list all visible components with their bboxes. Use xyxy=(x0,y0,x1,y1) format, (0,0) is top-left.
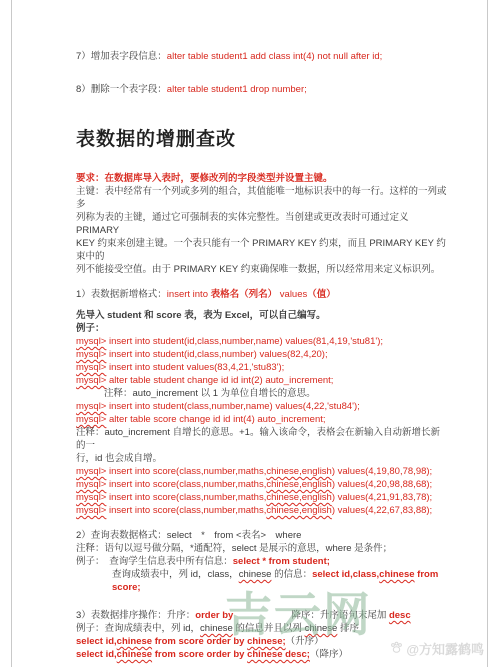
asc-code-chinese-1: chinese xyxy=(117,636,152,647)
section2-example-1: 例子： 查询学生信息表中所有信息：select * from student; xyxy=(76,555,449,568)
mysql-prompt: mysql> xyxy=(76,349,106,360)
score-insert-values-1: ) values(4,19,80,78,98); xyxy=(332,466,432,477)
section3-title-mid: 降序：升序语句末尾加 xyxy=(291,610,389,621)
mysql-command-line: mysql> insert into score(class,number,ma… xyxy=(76,465,449,478)
note-a-line: 注释：auto_increment 以 1 为单位自增长的意思。 xyxy=(76,387,449,400)
section1-value-placeholder: （值） xyxy=(307,289,336,300)
note-b-line-2: 行，id 也会成自增。 xyxy=(76,452,449,465)
section3-title-label: 3）表数据排序操作：升序： xyxy=(76,610,195,621)
item-8-code: alter table student1 drop number; xyxy=(167,84,307,95)
section3-keyword-orderby: order by xyxy=(195,610,233,621)
asc-code-pre: select id, xyxy=(76,636,117,647)
mysql-prompt: mysql> xyxy=(76,505,106,516)
mysql-prompt: mysql> xyxy=(76,336,106,347)
desc-code-chinese-2: chinese desc; xyxy=(247,649,310,660)
mysql-command-1: insert into student(id,class,number,name… xyxy=(106,336,383,347)
mysql-command-line: mysql> insert into student(id,class,numb… xyxy=(76,335,449,348)
desc-note: （降序） xyxy=(310,649,348,660)
asc-code-mid: from score order by xyxy=(152,636,247,647)
screenshot-canvas: 7）增加表字段信息：alter table student1 add class… xyxy=(0,0,500,667)
score-insert-pre: insert into score(class,number,maths, xyxy=(106,505,266,516)
mysql-command-line: mysql> insert into student(class,number,… xyxy=(76,400,449,413)
mysql-command-line: mysql> insert into student values(83,4,2… xyxy=(76,361,449,374)
section1-table-placeholder: 表格名（列名） xyxy=(211,289,278,300)
section2-example-2-label-pre: 查询成绩表中，列 id，class， xyxy=(112,569,239,580)
pk-paragraph-line-1: 主键：表中经常有一个列或多列的组合，其值能唯一地标识表中的每一行。这样的一列或多 xyxy=(76,185,449,211)
section3-example-chinese-2: chinese xyxy=(305,623,338,634)
section2-title-label: 2）查询表数据格式： xyxy=(76,530,167,541)
item-8-line: 8）删除一个表字段：alter table student1 drop numb… xyxy=(76,83,449,96)
section3-desc-query: select id,chinese from score order by ch… xyxy=(76,648,449,661)
section2-title: 2）查询表数据格式：select * from <表名> where xyxy=(76,529,449,542)
score-insert-pre: insert into score(class,number,maths, xyxy=(106,492,266,503)
item-7-line: 7）增加表字段信息：alter table student1 add class… xyxy=(76,50,449,63)
section2-note: 注释：语句以逗号做分隔，*通配符，select 是展示的意思，where 是条件… xyxy=(76,542,449,555)
hint-line: 要求：在数据库导入表时，要修改列的字段类型并设置主键。 xyxy=(76,172,449,185)
section3-example-chinese-1: chinese xyxy=(200,623,233,634)
pk-paragraph-line-4: 列不能接受空值。由于 PRIMARY KEY 约束确保唯一数据，所以经常用来定义… xyxy=(76,263,449,276)
section2-example-2-label-chinese: chinese xyxy=(239,569,272,580)
score-insert-columns: chinese,english xyxy=(266,492,332,503)
mysql-prompt: mysql> xyxy=(76,479,106,490)
page-title: 表数据的增删查改 xyxy=(76,128,449,152)
section2-example-2-label-post: 的信息： xyxy=(271,569,312,580)
score-insert-values-4: ) values(4,22,67,83,88); xyxy=(332,505,432,516)
score-insert-pre: insert into score(class,number,maths, xyxy=(106,466,266,477)
score-insert-pre: insert into score(class,number,maths, xyxy=(106,479,266,490)
mysql-command-line: mysql> alter table score change id id in… xyxy=(76,413,449,426)
score-insert-columns: chinese,english xyxy=(266,505,332,516)
section2-title-code: select * from <表名> where xyxy=(167,530,302,541)
item-7-label: 7）增加表字段信息： xyxy=(76,51,167,62)
mysql-command-3: insert into student values(83,4,21,'stu8… xyxy=(106,362,284,373)
mysql-command-line: mysql> insert into student(id,class,numb… xyxy=(76,348,449,361)
mysql-command-line: mysql> alter table student change id id … xyxy=(76,374,449,387)
mysql-command-5: insert into student(class,number,name) v… xyxy=(106,401,359,412)
mysql-prompt: mysql> xyxy=(76,466,106,477)
section3-example-mid: 的信息并且以列 xyxy=(233,623,305,634)
section3-example-pre: 例子：查询成绩表中，列 id， xyxy=(76,623,200,634)
item-8-label: 8）删除一个表字段： xyxy=(76,84,167,95)
score-insert-columns: chinese,english xyxy=(266,479,332,490)
section2-example-2-code-pre: select id,class, xyxy=(312,569,379,580)
asc-code-chinese-2: chinese; xyxy=(247,636,286,647)
section3-example-post: 排序 xyxy=(337,623,359,634)
item-7-code: alter table student1 add class int(4) no… xyxy=(167,51,382,62)
desc-code-pre: select id, xyxy=(76,649,117,660)
mysql-command-line: mysql> insert into score(class,number,ma… xyxy=(76,504,449,517)
section1-title-label: 1）表数据新增格式： xyxy=(76,289,167,300)
mysql-command-line: mysql> insert into score(class,number,ma… xyxy=(76,491,449,504)
score-insert-columns: chinese,english xyxy=(266,466,332,477)
note-b-line-1: 注释：auto_increment 自增长的意思。+1。输入该命令，表格会在新输… xyxy=(76,426,449,452)
mysql-command-2: insert into student(id,class,number) val… xyxy=(106,349,327,360)
mysql-command-line: mysql> insert into score(class,number,ma… xyxy=(76,478,449,491)
mysql-prompt: mysql> xyxy=(76,375,106,386)
section2-example-2-code-chinese: chinese xyxy=(379,569,414,580)
pk-paragraph-line-2: 列称为表的主键，通过它可强制表的实体完整性。当创建或更改表时可通过定义 PRIM… xyxy=(76,211,449,237)
import-note-line: 先导入 student 和 score 表，表为 Excel，可以自己编写。 xyxy=(76,309,449,322)
desc-code-mid: from score order by xyxy=(152,649,247,660)
pk-paragraph-line-3: KEY 约束来创建主键。一个表只能有一个 PRIMARY KEY 约束，而且 P… xyxy=(76,237,449,263)
section3-keyword-desc: desc xyxy=(389,610,411,621)
mysql-command-4: alter table student change id id int(2) … xyxy=(106,375,333,386)
section3-example-label: 例子：查询成绩表中，列 id，chinese 的信息并且以列 chinese 排… xyxy=(76,622,449,635)
mysql-prompt: mysql> xyxy=(76,414,106,425)
desc-code-chinese-1: chinese xyxy=(117,649,152,660)
score-insert-values-3: ) values(4,21,91,83,78); xyxy=(332,492,432,503)
mysql-prompt: mysql> xyxy=(76,492,106,503)
example-label-line: 例子： xyxy=(76,322,449,335)
mysql-command-6: alter table score change id id int(4) au… xyxy=(106,414,325,425)
section1-keyword-values: values xyxy=(277,289,307,300)
section2-example-1-label: 例子： 查询学生信息表中所有信息： xyxy=(76,556,233,567)
section3-title: 3）表数据排序操作：升序：order by降序：升序语句末尾加 desc xyxy=(76,609,449,622)
section3-asc-query: select id,chinese from score order by ch… xyxy=(76,635,449,648)
document-page: 7）增加表字段信息：alter table student1 add class… xyxy=(11,0,488,667)
section2-example-2: 查询成绩表中，列 id，class，chinese 的信息：select id,… xyxy=(76,568,449,594)
score-insert-values-2: ) values(4,20,98,88,68); xyxy=(332,479,432,490)
mysql-prompt: mysql> xyxy=(76,401,106,412)
mysql-prompt: mysql> xyxy=(76,362,106,373)
section1-title: 1）表数据新增格式：insert into 表格名（列名） values（值） xyxy=(76,288,449,301)
section2-example-1-code: select * from student; xyxy=(233,556,330,567)
section1-keyword-insert: insert into xyxy=(167,289,211,300)
asc-note: （升序） xyxy=(286,636,324,647)
